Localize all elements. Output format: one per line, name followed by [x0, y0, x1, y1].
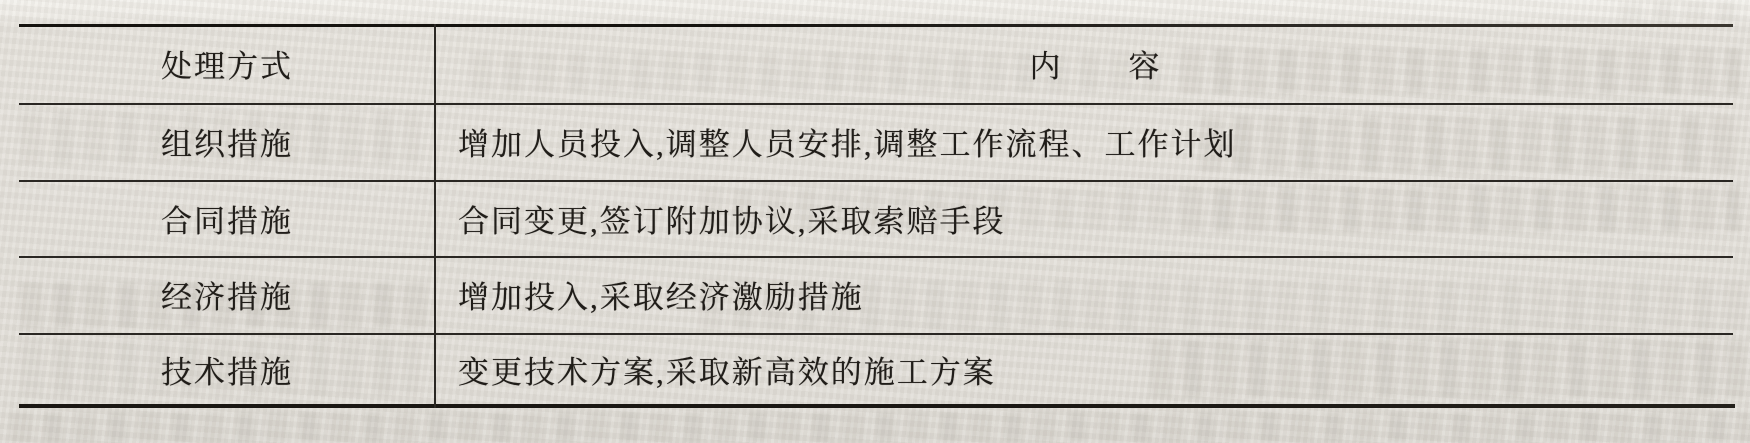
content-cell: 增加人员投入,调整人员安排,调整工作流程、工作计划 [458, 103, 1733, 180]
method-cell: 经济措施 [19, 256, 435, 333]
content-cell: 变更技术方案,采取新高效的施工方案 [458, 333, 1733, 405]
header-cell-content: 内 容 [458, 24, 1733, 103]
bleed-through-artifact [10, 412, 1750, 442]
scanned-document-page: 处理方式 内 容 组织措施 增加人员投入,调整人员安排,调整工作流程、工作计划 … [0, 0, 1750, 443]
header-cell-method: 处理方式 [19, 24, 435, 103]
content-cell: 合同变更,签订附加协议,采取索赔手段 [458, 180, 1733, 256]
method-cell: 技术措施 [19, 333, 435, 405]
bleed-through-artifact [1620, 2, 1735, 22]
method-cell: 合同措施 [19, 180, 435, 256]
content-cell: 增加投入,采取经济激励措施 [458, 256, 1733, 333]
method-cell: 组织措施 [19, 103, 435, 180]
